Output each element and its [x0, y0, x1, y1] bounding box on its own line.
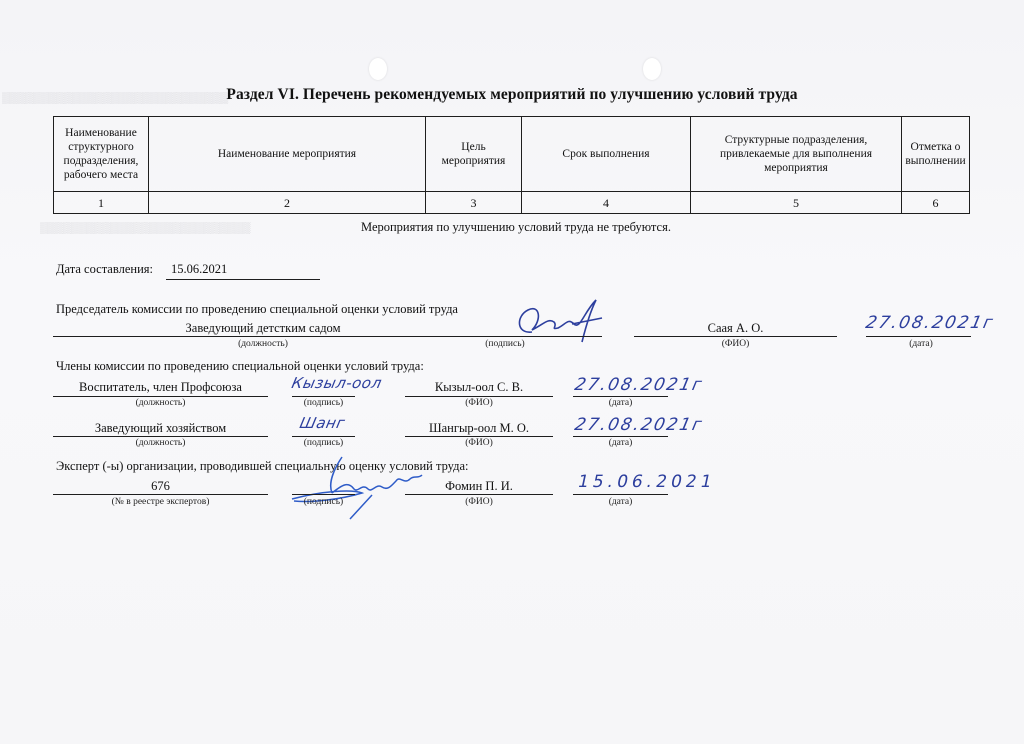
- member-signature: Шанг: [298, 414, 347, 432]
- caption-fio: (ФИО): [405, 497, 553, 507]
- caption-signature: (подпись): [292, 438, 355, 448]
- chairman-signature-line: [455, 336, 602, 337]
- caption-signature: (подпись): [292, 497, 355, 507]
- expert-registry-line: [53, 494, 268, 495]
- compiled-date-line: [166, 279, 320, 280]
- column-number: 4: [522, 192, 691, 214]
- header-goal: Цель мероприятия: [426, 117, 522, 192]
- section-title: Раздел VI. Перечень рекомендуемых меропр…: [0, 86, 1024, 104]
- member-handwritten-date: 27.08.2021г: [573, 415, 706, 435]
- caption-fio: (ФИО): [405, 438, 553, 448]
- member-name-line: [405, 396, 553, 397]
- bleed-through-text: ▒▒▒▒▒▒▒▒▒▒▒▒▒▒▒▒▒▒▒▒▒▒▒▒▒▒▒: [40, 222, 250, 234]
- member-signature: Кызыл-оол: [290, 374, 384, 392]
- caption-registry: (№ в реестре экспертов): [53, 497, 268, 507]
- caption-date: (дата): [573, 398, 668, 408]
- header-completion-mark: Отметка о выполнении: [902, 117, 970, 192]
- chairman-handwritten-date: 27.08.2021г: [864, 313, 997, 333]
- caption-position: (должность): [53, 438, 268, 448]
- member-name: Кызыл-оол С. В.: [405, 380, 553, 395]
- table-header-row: Наименование структурного подразделения,…: [54, 117, 970, 192]
- member-date-line: [573, 436, 668, 437]
- member-position-line: [53, 436, 268, 437]
- expert-name-line: [405, 494, 553, 495]
- chairman-position-line: [53, 336, 473, 337]
- member-name: Шангыр-оол М. О.: [405, 421, 553, 436]
- caption-position: (должность): [53, 339, 473, 349]
- table-row: 1 2 3 4 5 6: [54, 192, 970, 214]
- column-number: 1: [54, 192, 149, 214]
- member-handwritten-date: 27.08.2021г: [573, 375, 706, 395]
- expert-handwritten-date: 15.06.2021: [576, 472, 718, 492]
- caption-signature: (подпись): [292, 398, 355, 408]
- member-position: Заведующий хозяйством: [53, 421, 268, 436]
- chairman-position: Заведующий детстким садом: [53, 321, 473, 336]
- expert-signature-line: [292, 494, 355, 495]
- document-page: ▒▒▒▒▒▒▒▒▒▒▒▒▒▒▒▒▒▒▒▒▒▒▒▒▒▒▒▒▒ ▒▒▒▒▒▒▒▒▒▒…: [0, 0, 1024, 744]
- caption-fio: (ФИО): [634, 339, 837, 349]
- member-signature-line: [292, 436, 355, 437]
- column-number: 3: [426, 192, 522, 214]
- column-number: 2: [149, 192, 426, 214]
- member-position: Воспитатель, член Профсоюза: [53, 380, 268, 395]
- punch-hole: [643, 58, 661, 80]
- chairman-signature: [510, 298, 610, 344]
- column-number: 6: [902, 192, 970, 214]
- header-unit: Наименование структурного подразделения,…: [54, 117, 149, 192]
- header-deadline: Срок выполнения: [522, 117, 691, 192]
- chairman-name: Саая А. О.: [634, 321, 837, 336]
- caption-signature: (подпись): [455, 339, 555, 349]
- expert-date-line: [573, 494, 668, 495]
- member-position-line: [53, 396, 268, 397]
- punch-hole: [369, 58, 387, 80]
- chairman-heading: Председатель комиссии по проведению спец…: [56, 302, 458, 317]
- column-number: 5: [691, 192, 902, 214]
- header-departments: Структурные подразделения, привлекаемые …: [691, 117, 902, 192]
- chairman-name-line: [634, 336, 837, 337]
- caption-position: (должность): [53, 398, 268, 408]
- measures-table: Наименование структурного подразделения,…: [53, 116, 970, 214]
- caption-date: (дата): [573, 438, 668, 448]
- expert-registry-number: 676: [53, 479, 268, 494]
- member-date-line: [573, 396, 668, 397]
- members-heading: Члены комиссии по проведению специальной…: [56, 359, 424, 374]
- header-measure: Наименование мероприятия: [149, 117, 426, 192]
- caption-date: (дата): [573, 497, 668, 507]
- chairman-date-line: [866, 336, 971, 337]
- member-name-line: [405, 436, 553, 437]
- no-measures-note: Мероприятия по улучшению условий труда н…: [361, 220, 671, 235]
- caption-date: (дата): [866, 339, 976, 349]
- compiled-date-label: Дата составления:: [56, 262, 153, 277]
- expert-name: Фомин П. И.: [405, 479, 553, 494]
- caption-fio: (ФИО): [405, 398, 553, 408]
- compiled-date-value: 15.06.2021: [171, 262, 227, 277]
- member-signature-line: [292, 396, 355, 397]
